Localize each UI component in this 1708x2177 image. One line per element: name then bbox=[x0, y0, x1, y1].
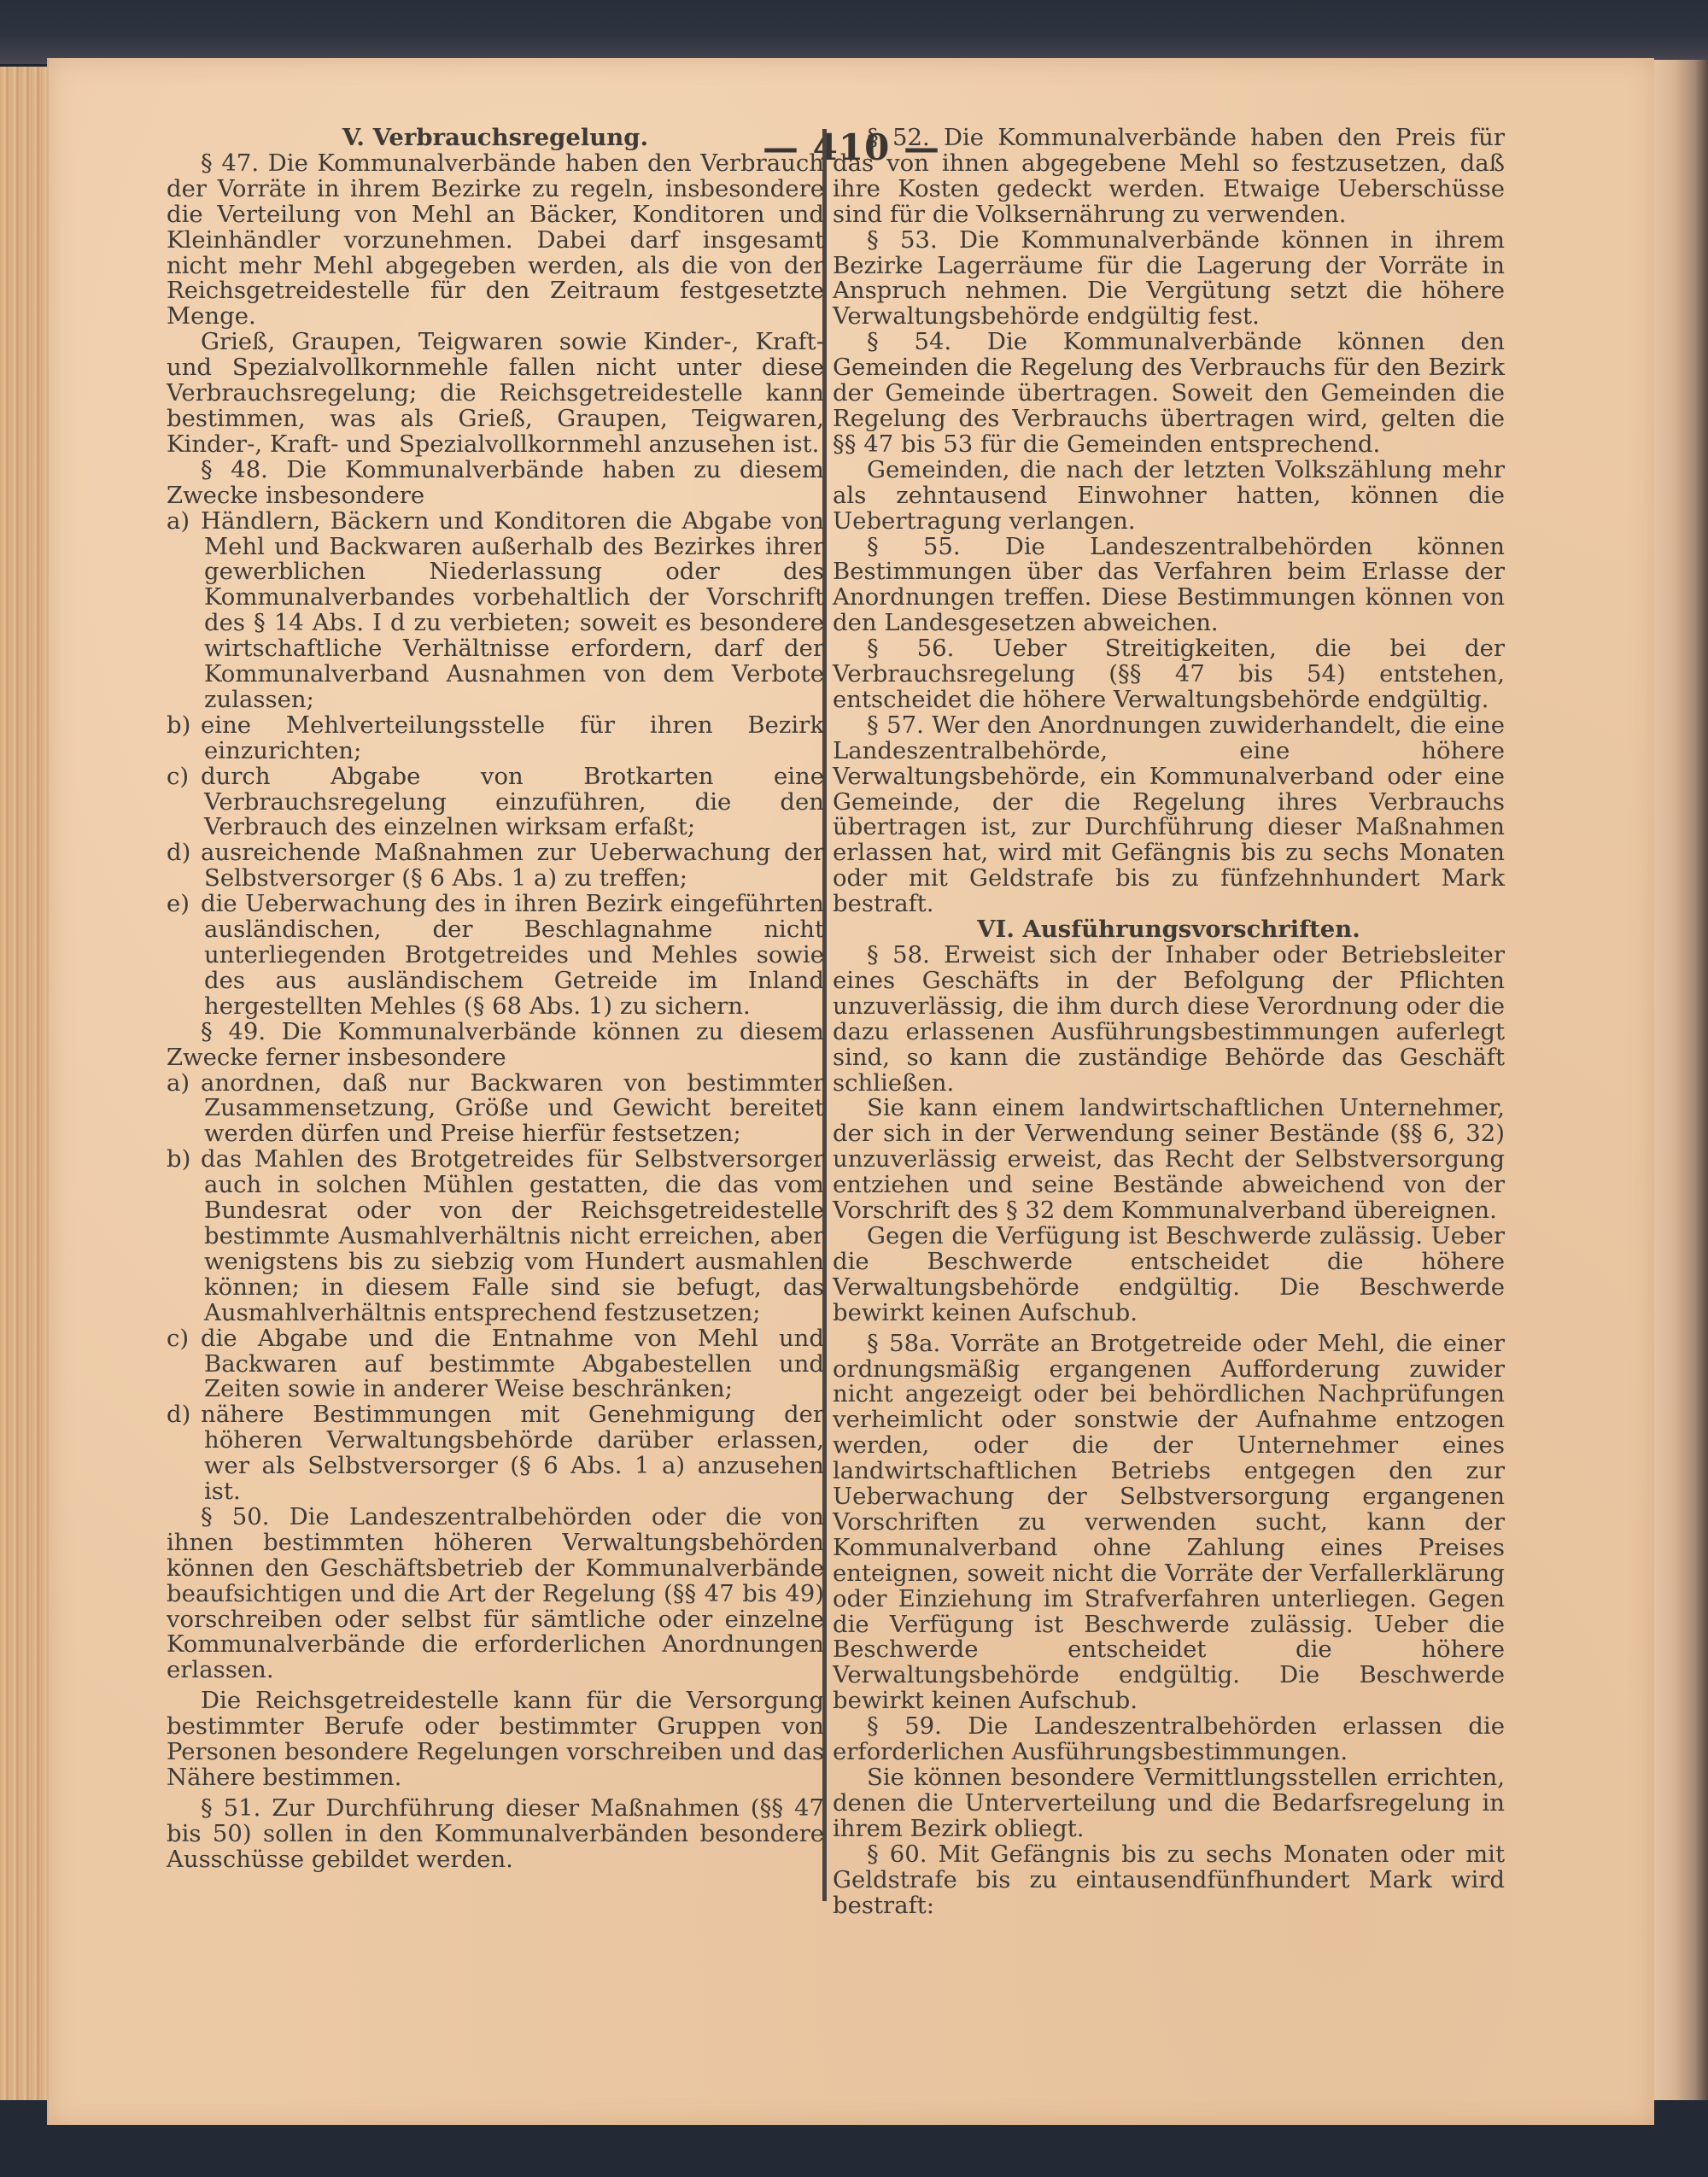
list-item-49d: d)nähere Bestimmungen mit Genehmigung de… bbox=[167, 1402, 824, 1505]
section-number: § 58. bbox=[867, 941, 930, 969]
section-number: § 51. bbox=[201, 1794, 260, 1822]
book-cover-top bbox=[0, 0, 1708, 64]
item-label: e) bbox=[167, 892, 201, 917]
paragraph-59: § 59. Die Landeszentralbehörden erlassen… bbox=[833, 1714, 1505, 1765]
section-number: § 60. bbox=[867, 1841, 927, 1868]
list-item-49a: a)anordnen, daß nur Backwaren von bestim… bbox=[167, 1071, 824, 1148]
section-number: § 57. bbox=[867, 711, 924, 739]
paragraph-52: § 52. Die Kommunalverbände haben den Pre… bbox=[833, 126, 1505, 228]
paragraph-48: § 48. Die Kommunalverbände haben zu dies… bbox=[167, 458, 824, 509]
item-label: d) bbox=[167, 840, 201, 866]
paragraph-text: Die Kommunalverbände haben den Verbrauch… bbox=[167, 149, 824, 330]
paragraph-text: Wer den Anordnungen zuwiderhandelt, die … bbox=[833, 711, 1505, 917]
item-text: die Ueberwachung des in ihren Bezirk ein… bbox=[201, 890, 824, 1020]
left-column: V. Verbrauchsregelung. § 47. Die Kommuna… bbox=[167, 126, 824, 1873]
paragraph-50: § 50. Die Landeszentralbehörden oder die… bbox=[167, 1505, 824, 1683]
item-text: das Mahlen des Brotgetreides für Selbstv… bbox=[201, 1145, 824, 1326]
paragraph-49: § 49. Die Kommunalverbände können zu die… bbox=[167, 1020, 824, 1071]
list-item-49b: b)das Mahlen des Brotgetreides für Selbs… bbox=[167, 1147, 824, 1326]
paragraph-54: § 54. Die Kommunalverbände können den Ge… bbox=[833, 330, 1505, 458]
item-label: b) bbox=[167, 713, 201, 739]
paragraph-60: § 60. Mit Gefängnis bis zu sechs Monaten… bbox=[833, 1842, 1505, 1919]
item-label: c) bbox=[167, 764, 201, 790]
section-number: § 56. bbox=[867, 635, 954, 662]
paragraph-47: § 47. Die Kommunalverbände haben den Ver… bbox=[167, 151, 824, 330]
paragraph-56: § 56. Ueber Streitigkeiten, die bei der … bbox=[833, 636, 1505, 713]
paragraph-58-2: Sie kann einem landwirtschaftlichen Unte… bbox=[833, 1096, 1505, 1224]
section-number: § 55. bbox=[867, 533, 961, 560]
paragraph-55: § 55. Die Landeszentralbehörden können B… bbox=[833, 535, 1505, 637]
item-label: a) bbox=[167, 509, 201, 535]
page-stack-edge bbox=[0, 67, 51, 2116]
list-item-48d: d)ausreichende Maßnahmen zur Ueberwachun… bbox=[167, 840, 824, 892]
paragraph-text: Mit Gefängnis bis zu sechs Monaten oder … bbox=[833, 1841, 1505, 1919]
item-label: c) bbox=[167, 1326, 201, 1352]
item-label: b) bbox=[167, 1147, 201, 1173]
adjacent-page-edge bbox=[1652, 60, 1708, 2144]
list-item-48b: b)eine Mehlverteilungsstelle für ihren B… bbox=[167, 713, 824, 764]
paragraph-57: § 57. Wer den Anordnungen zuwiderhandelt… bbox=[833, 713, 1505, 917]
section-number: § 58a. bbox=[867, 1330, 940, 1357]
item-text: ausreichende Maßnahmen zur Ueberwachung … bbox=[201, 839, 824, 892]
list-item-48a: a)Händlern, Bäckern und Konditoren die A… bbox=[167, 509, 824, 713]
item-text: Händlern, Bäckern und Konditoren die Abg… bbox=[201, 507, 824, 713]
paragraph-58-3: Gegen die Verfügung ist Beschwerde zuläs… bbox=[833, 1224, 1505, 1326]
section-title-vi: VI. Ausführungsvorschriften. bbox=[833, 917, 1505, 943]
section-number: § 53. bbox=[867, 226, 938, 254]
paragraph-text: Zur Durchführung dieser Maßnahmen (§§ 47… bbox=[167, 1794, 824, 1873]
section-title-v: V. Verbrauchsregelung. bbox=[167, 126, 824, 151]
paragraph-58: § 58. Erweist sich der Inhaber oder Betr… bbox=[833, 943, 1505, 1096]
paragraph-59-2: Sie können besondere Vermittlungsstellen… bbox=[833, 1765, 1505, 1842]
paragraph-50-2: Die Reichsgetreidestelle kann für die Ve… bbox=[167, 1688, 824, 1791]
paragraph-text: Die Landeszentralbehörden oder die von i… bbox=[167, 1503, 824, 1683]
section-number: § 48. bbox=[201, 456, 268, 483]
paragraph-text: Vorräte an Brotgetreide oder Mehl, die e… bbox=[833, 1330, 1505, 1715]
paragraph-47-2: Grieß, Graupen, Teigwaren sowie Kinder-,… bbox=[167, 330, 824, 458]
section-number: § 54. bbox=[867, 328, 951, 355]
item-text: die Abgabe und die Entnahme von Mehl und… bbox=[201, 1325, 824, 1403]
paragraph-text: Die Kommunalverbände haben den Preis für… bbox=[833, 124, 1505, 228]
section-number: § 59. bbox=[867, 1712, 942, 1740]
list-item-48c: c)durch Abgabe von Brotkarten eine Verbr… bbox=[167, 764, 824, 841]
item-label: d) bbox=[167, 1402, 201, 1428]
item-text: eine Mehlverteilungsstelle für ihren Bez… bbox=[201, 711, 824, 764]
item-label: a) bbox=[167, 1071, 201, 1097]
item-text: durch Abgabe von Brotkarten eine Verbrau… bbox=[201, 763, 824, 841]
section-number: § 49. bbox=[201, 1018, 266, 1045]
list-item-49c: c)die Abgabe und die Entnahme von Mehl u… bbox=[167, 1326, 824, 1403]
paragraph-text: Erweist sich der Inhaber oder Betriebsle… bbox=[833, 941, 1505, 1097]
list-item-48e: e)die Ueberwachung des in ihren Bezirk e… bbox=[167, 892, 824, 1020]
paragraph-51: § 51. Zur Durchführung dieser Maßnahmen … bbox=[167, 1796, 824, 1873]
section-number: § 47. bbox=[201, 149, 259, 177]
paragraph-54-2: Gemeinden, die nach der letzten Volkszäh… bbox=[833, 458, 1505, 535]
item-text: nähere Bestimmungen mit Genehmigung der … bbox=[201, 1401, 824, 1505]
right-column: § 52. Die Kommunalverbände haben den Pre… bbox=[833, 126, 1505, 1918]
paragraph-text: Die Kommunalverbände können zu diesem Zw… bbox=[167, 1018, 824, 1071]
paragraph-58a: § 58a. Vorräte an Brotgetreide oder Mehl… bbox=[833, 1331, 1505, 1715]
item-text: anordnen, daß nur Backwaren von bestimmt… bbox=[201, 1069, 824, 1148]
paragraph-53: § 53. Die Kommunalverbände können in ihr… bbox=[833, 228, 1505, 331]
section-number: § 50. bbox=[201, 1503, 270, 1530]
section-number: § 52. bbox=[867, 124, 930, 151]
